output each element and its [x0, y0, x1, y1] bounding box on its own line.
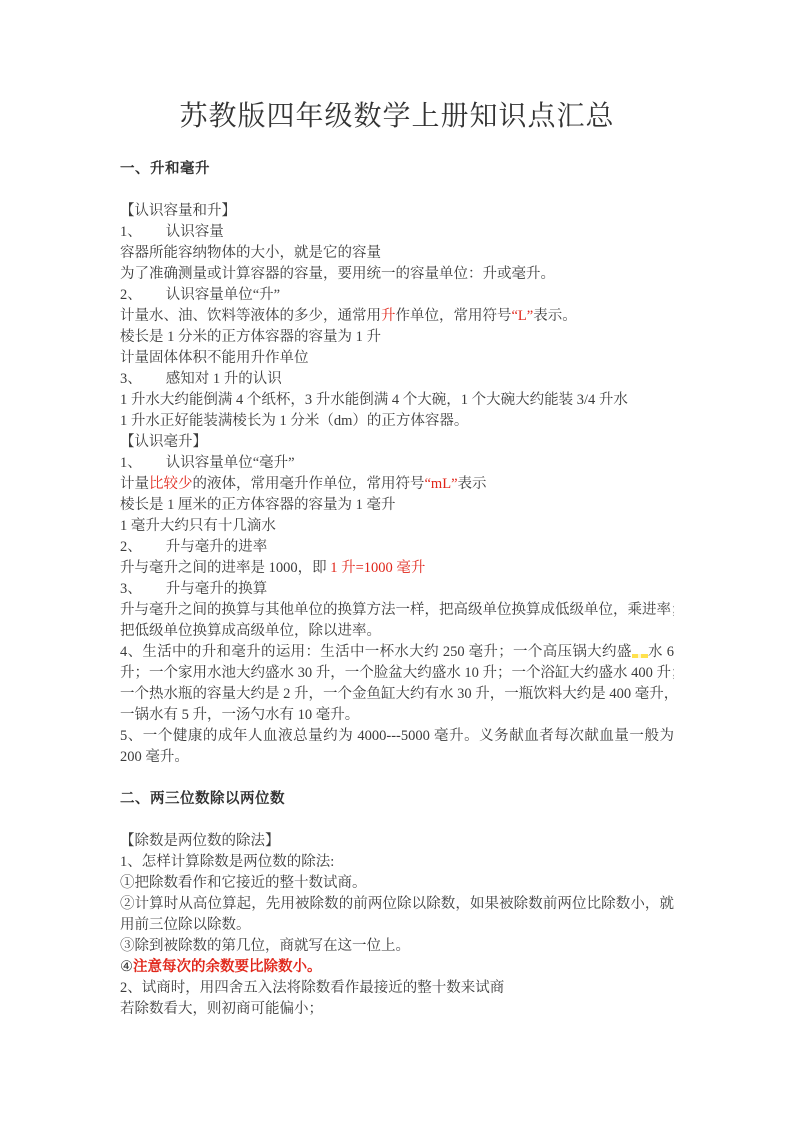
text-run: 棱长是 1 分米的正方体容器的容量为 1 升	[120, 329, 381, 345]
text-line: 【认识容量和升】	[120, 201, 674, 222]
emphasis-text-run: 比较少	[149, 476, 193, 492]
yellow-highlight-mark	[632, 645, 648, 658]
text-run: 1 升水大约能倒满 4 个纸杯，3 升水能倒满 4 个大碗，1 个大碗大约能装 …	[120, 392, 628, 408]
text-run: 棱长是 1 厘米的正方体容器的容量为 1 毫升	[120, 497, 396, 513]
text-line: ①把除数看作和它接近的整十数试商。	[120, 873, 674, 894]
text-run: 一锅水有 5 升，一汤勺水有 10 毫升。	[120, 707, 359, 723]
text-run: 3、	[120, 371, 142, 387]
text-run: 4、生活中的升和毫升的运用：生活中一杯水大约 250 毫升；一个高压锅大约盛	[120, 644, 632, 660]
text-line: 1 升水大约能倒满 4 个纸杯，3 升水能倒满 4 个大碗，1 个大碗大约能装 …	[120, 390, 674, 411]
text-line: 【认识毫升】	[120, 432, 674, 453]
text-run: 升与毫升之间的进率是 1000，即	[120, 560, 330, 576]
text-run: 【认识容量和升】	[120, 203, 236, 219]
text-line: 2、试商时，用四舍五入法将除数看作最接近的整十数来试商	[120, 978, 674, 999]
text-line: 计量水、油、饮料等液体的多少，通常用升作单位，常用符号“L”表示。	[120, 306, 674, 327]
text-line: 用前三位除以除数。	[120, 915, 674, 936]
text-line: 一锅水有 5 升，一汤勺水有 10 毫升。	[120, 705, 674, 726]
text-run: 【认识毫升】	[120, 434, 207, 450]
text-line: 3、升与毫升的换算	[120, 579, 674, 600]
text-run: 升与毫升之间的换算与其他单位的换算方法一样，把高级单位换算成低级单位，乘进率；	[120, 602, 674, 618]
text-line: ②计算时从高位算起，先用被除数的前两位除以除数，如果被除数前两位比除数小，就	[120, 894, 674, 915]
text-line: 把低级单位换算成高级单位，除以进率。	[120, 621, 674, 642]
text-run: 升与毫升的换算	[166, 581, 268, 597]
blank-line	[120, 180, 674, 201]
text-run: 认识容量单位“毫升”	[166, 455, 295, 471]
text-run: 计量固体体积不能用升作单位	[120, 350, 309, 366]
text-line: 200 毫升。	[120, 747, 674, 768]
text-run: 认识容量单位“升”	[166, 287, 280, 303]
text-run: 感知对 1 升的认识	[166, 371, 282, 387]
emphasis-text-run: 升	[381, 308, 396, 324]
text-run: 1 升水正好能装满棱长为 1 分米（dm）的正方体容器。	[120, 413, 468, 429]
text-run: 表示。	[533, 308, 577, 324]
text-line: 【除数是两位数的除法】	[120, 831, 674, 852]
text-run: 表示	[458, 476, 487, 492]
text-line: 1 升水正好能装满棱长为 1 分米（dm）的正方体容器。	[120, 411, 674, 432]
text-run: 200 毫升。	[120, 749, 189, 765]
text-run: 二、两三位数除以两位数	[120, 791, 285, 807]
text-line: 升与毫升之间的进率是 1000，即 1 升=1000 毫升	[120, 558, 674, 579]
text-line: 计量比较少的液体，常用毫升作单位，常用符号“mL”表示	[120, 474, 674, 495]
text-line: 为了准确测量或计算容器的容量，要用统一的容量单位：升或毫升。	[120, 264, 674, 285]
text-run: 若除数看大，则初商可能偏小；	[120, 1001, 323, 1017]
section-1-heading: 一、升和毫升	[120, 159, 674, 180]
text-run: 计量	[120, 476, 149, 492]
text-line: 一个热水瓶的容量大约是 2 升，一个金鱼缸大约有水 30 升，一瓶饮料大约是 4…	[120, 684, 674, 705]
text-line: 若除数看大，则初商可能偏小；	[120, 999, 674, 1020]
text-line: 4、生活中的升和毫升的运用：生活中一杯水大约 250 毫升；一个高压锅大约盛水 …	[120, 642, 674, 663]
text-run: 【除数是两位数的除法】	[120, 833, 280, 849]
text-line: 2、认识容量单位“升”	[120, 285, 674, 306]
text-run: 2、	[120, 539, 142, 555]
blank-line	[120, 768, 674, 789]
emphasis-text-run: “L”	[512, 308, 534, 324]
text-line: 升；一个家用水池大约盛水 30 升，一个脸盆大约盛水 10 升；一个浴缸大约盛水…	[120, 663, 674, 684]
text-run: 升与毫升的进率	[166, 539, 268, 555]
text-run: 1、怎样计算除数是两位数的除法:	[120, 854, 334, 870]
text-run: 5、一个健康的成年人血液总量约为 4000---5000 毫升。义务献血者每次献…	[120, 728, 674, 744]
document-page[interactable]: 苏教版四年级数学上册知识点汇总 一、升和毫升【认识容量和升】1、认识容量容器所能…	[0, 0, 793, 1122]
emphasis-text-run: 注意每次的余数要比除数小。	[133, 959, 322, 975]
document-body: 一、升和毫升【认识容量和升】1、认识容量容器所能容纳物体的大小，就是它的容量为了…	[120, 159, 674, 1020]
text-run: 一、升和毫升	[120, 161, 210, 177]
text-run: 计量水、油、饮料等液体的多少，通常用	[120, 308, 381, 324]
text-run: 1、	[120, 224, 142, 240]
document-title: 苏教版四年级数学上册知识点汇总	[120, 97, 674, 137]
blank-line	[120, 810, 674, 831]
emphasis-text-run: 1 升=1000 毫升	[330, 560, 425, 576]
text-line: 升与毫升之间的换算与其他单位的换算方法一样，把高级单位换算成低级单位，乘进率；	[120, 600, 674, 621]
text-line: 计量固体体积不能用升作单位	[120, 348, 674, 369]
text-run: 的液体，常用毫升作单位，常用符号	[193, 476, 425, 492]
text-run: 升；一个家用水池大约盛水 30 升，一个脸盆大约盛水 10 升；一个浴缸大约盛水…	[120, 665, 674, 681]
text-line: 棱长是 1 厘米的正方体容器的容量为 1 毫升	[120, 495, 674, 516]
text-run: 2、试商时，用四舍五入法将除数看作最接近的整十数来试商	[120, 980, 504, 996]
text-line: 容器所能容纳物体的大小，就是它的容量	[120, 243, 674, 264]
text-run: 一个热水瓶的容量大约是 2 升，一个金鱼缸大约有水 30 升，一瓶饮料大约是 4…	[120, 686, 674, 702]
text-run: 用前三位除以除数。	[120, 917, 251, 933]
text-run: 作单位，常用符号	[396, 308, 512, 324]
text-run: 把低级单位换算成高级单位，除以进率。	[120, 623, 381, 639]
text-run: ④	[120, 959, 133, 975]
section-2-heading: 二、两三位数除以两位数	[120, 789, 674, 810]
text-run: 3、	[120, 581, 142, 597]
text-line: 1、认识容量	[120, 222, 674, 243]
text-line: ③除到被除数的第几位，商就写在这一位上。	[120, 936, 674, 957]
text-line: 5、一个健康的成年人血液总量约为 4000---5000 毫升。义务献血者每次献…	[120, 726, 674, 747]
text-run: ③除到被除数的第几位，商就写在这一位上。	[120, 938, 410, 954]
text-run: 容器所能容纳物体的大小，就是它的容量	[120, 245, 381, 261]
text-line: 1、怎样计算除数是两位数的除法:	[120, 852, 674, 873]
text-line: 棱长是 1 分米的正方体容器的容量为 1 升	[120, 327, 674, 348]
text-run: ①把除数看作和它接近的整十数试商。	[120, 875, 367, 891]
text-run: 1、	[120, 455, 142, 471]
text-run: 1 毫升大约只有十几滴水	[120, 518, 276, 534]
text-run: 水 6	[648, 644, 674, 660]
text-run: ②计算时从高位算起，先用被除数的前两位除以除数，如果被除数前两位比除数小，就	[120, 896, 674, 912]
text-run: 为了准确测量或计算容器的容量，要用统一的容量单位：升或毫升。	[120, 266, 555, 282]
text-line: 2、升与毫升的进率	[120, 537, 674, 558]
text-line: ④注意每次的余数要比除数小。	[120, 957, 674, 978]
text-run: 2、	[120, 287, 142, 303]
text-line: 3、感知对 1 升的认识	[120, 369, 674, 390]
emphasis-text-run: “mL”	[425, 476, 458, 492]
text-line: 1、认识容量单位“毫升”	[120, 453, 674, 474]
text-run: 认识容量	[166, 224, 224, 240]
text-line: 1 毫升大约只有十几滴水	[120, 516, 674, 537]
